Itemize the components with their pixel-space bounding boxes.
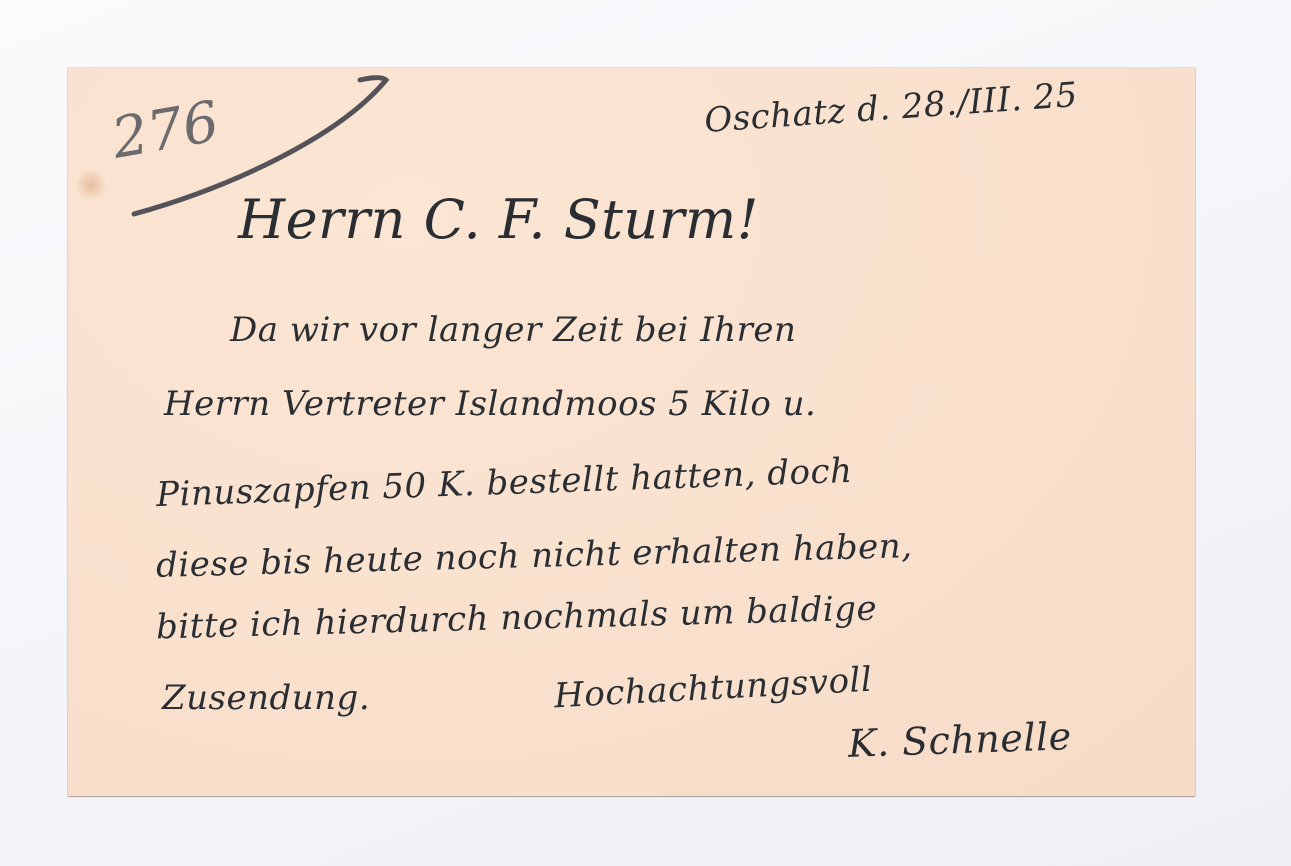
body-line-1: Da wir vor langer Zeit bei Ihren	[230, 310, 796, 350]
place-and-date: Oschatz d. 28./III. 25	[703, 75, 1079, 141]
salutation: Herrn C. F. Sturm!	[238, 188, 759, 251]
postcard: 276 Oschatz d. 28./III. 25 Herrn C. F. S…	[68, 68, 1195, 796]
closing-phrase: Hochachtungsvoll	[553, 660, 873, 717]
body-line-4: diese bis heute noch nicht erhalten habe…	[156, 526, 913, 586]
body-line-6: Zusendung.	[162, 678, 370, 718]
body-line-5: bitte ich hierdurch nochmals um baldige	[156, 589, 878, 648]
body-line-3: Pinuszapfen 50 K. bestellt hatten, doch	[156, 451, 854, 515]
body-line-2: Herrn Vertreter Islandmoos 5 Kilo u.	[164, 384, 816, 424]
archive-number: 276	[107, 89, 224, 172]
signature: K. Schnelle	[847, 714, 1072, 766]
paper-stain	[76, 168, 106, 202]
